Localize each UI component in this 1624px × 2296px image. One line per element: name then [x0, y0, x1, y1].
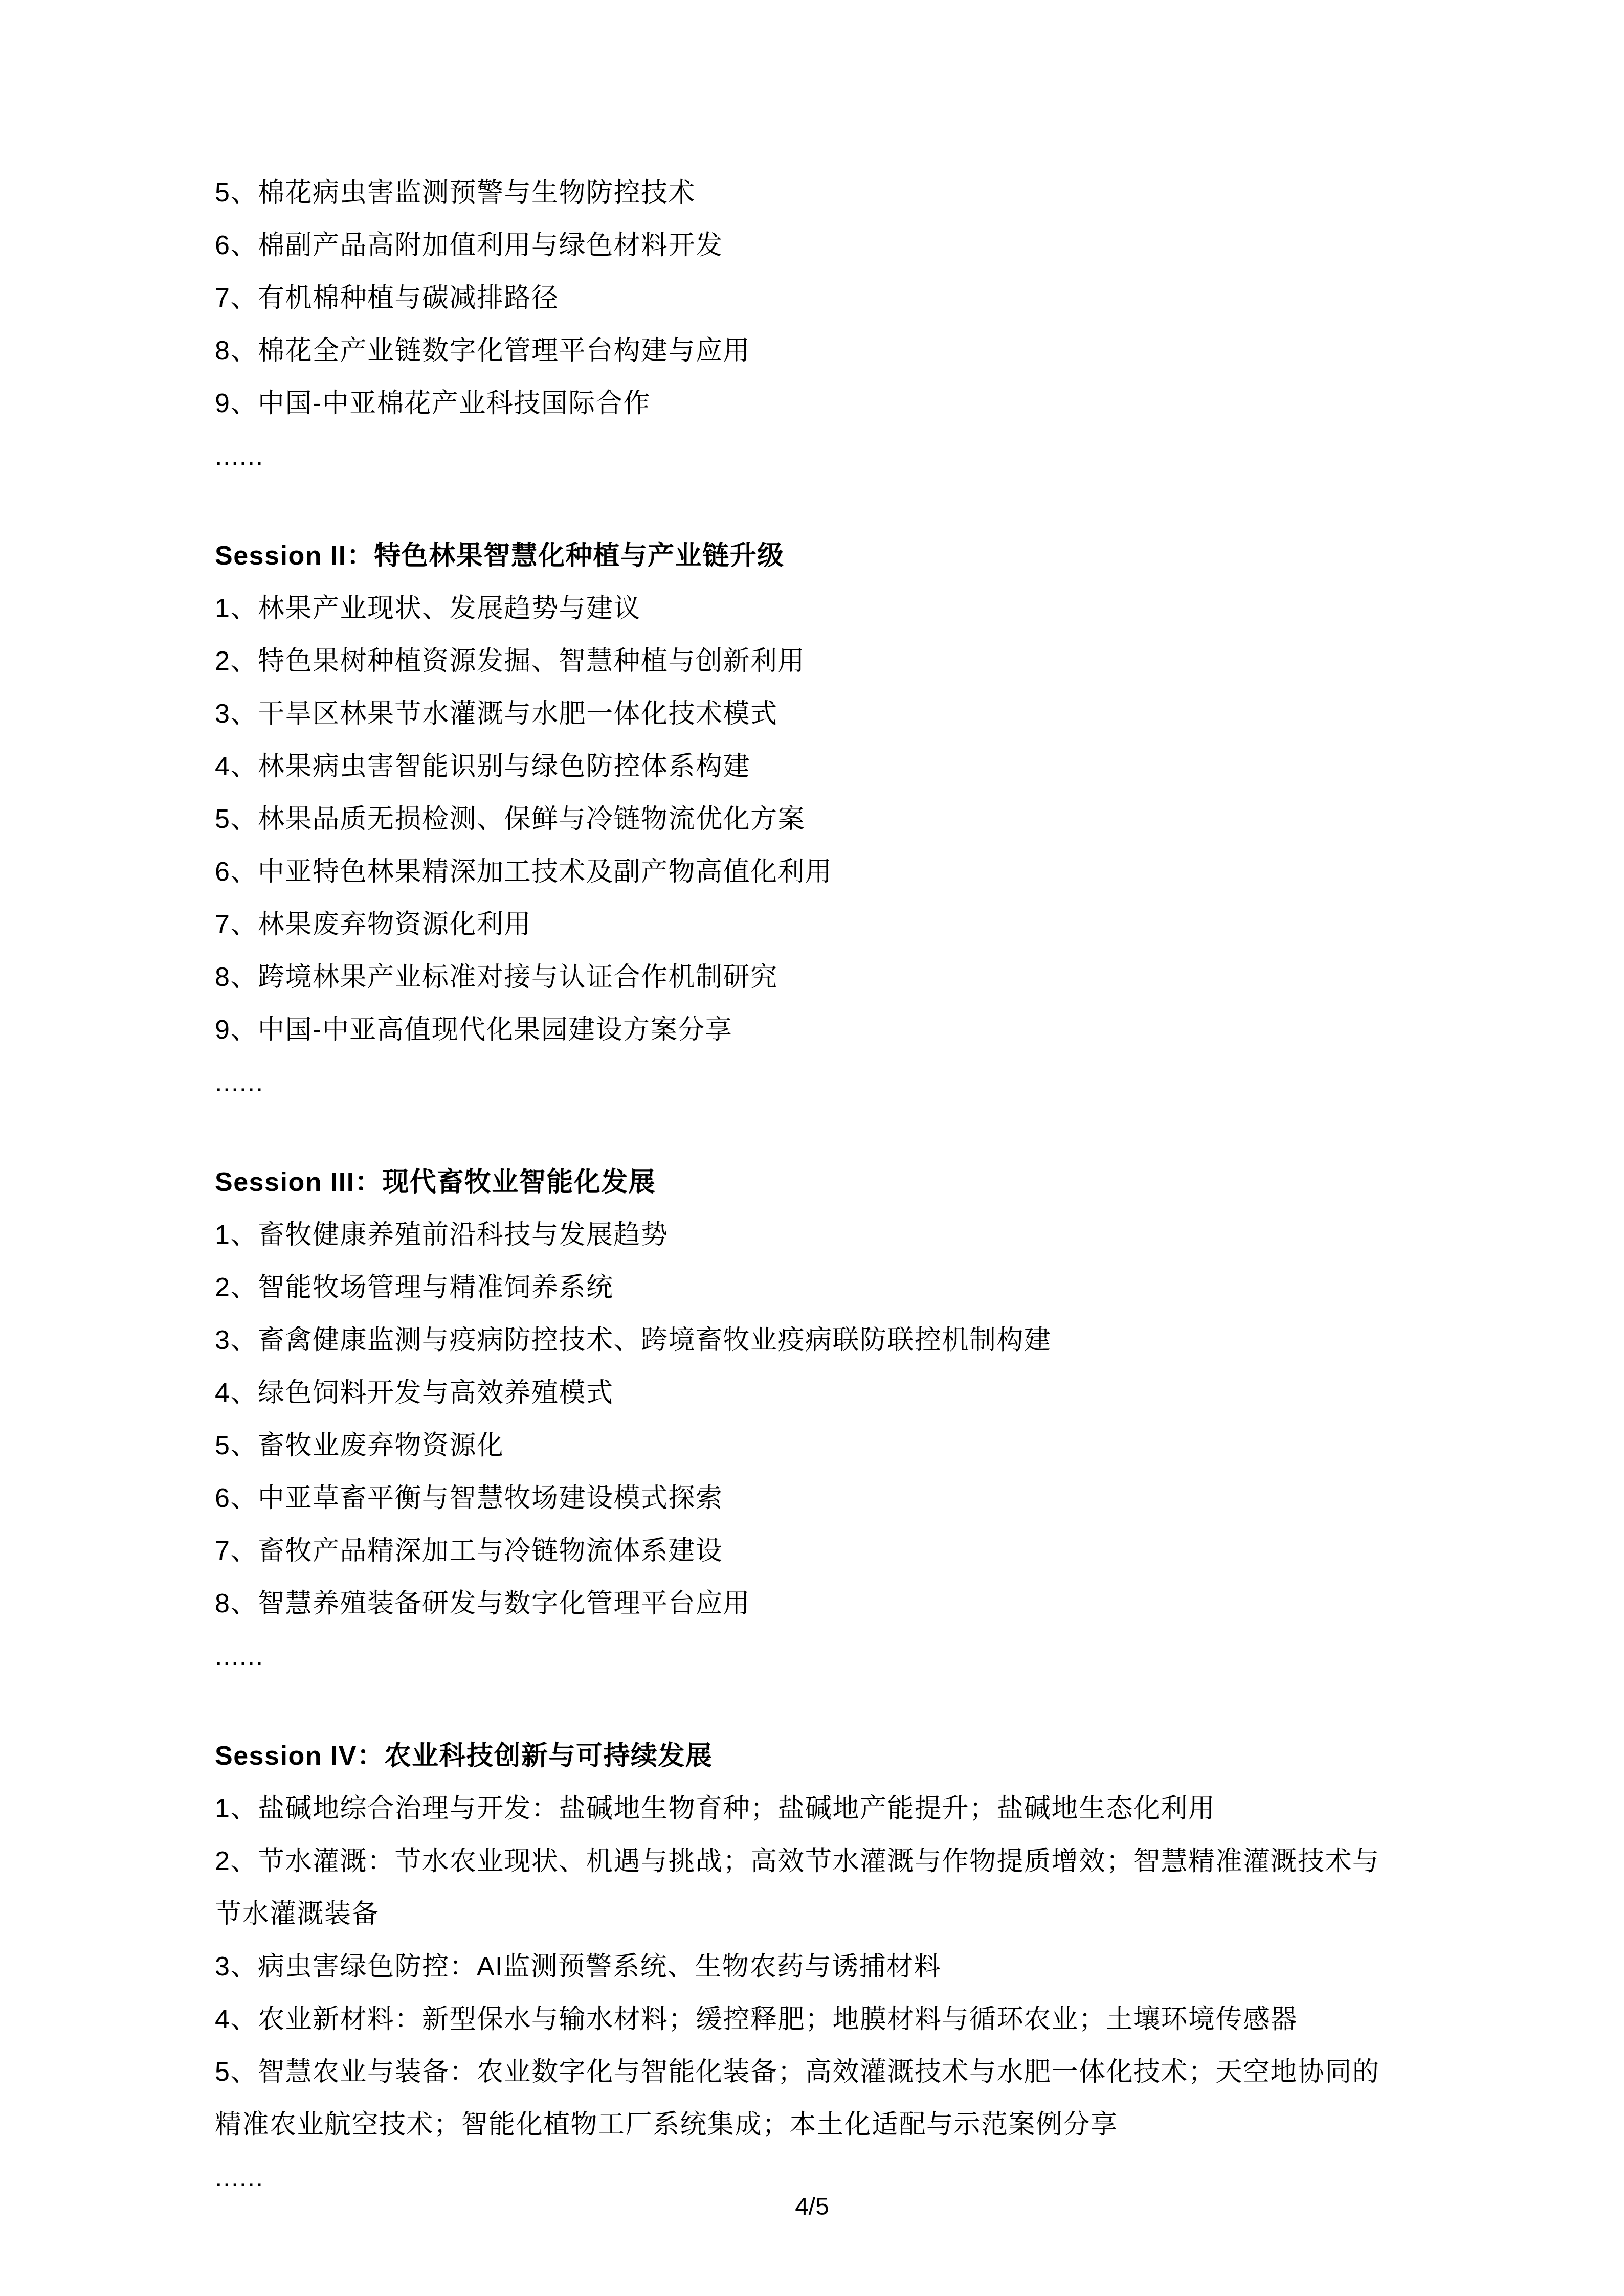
- agenda-item: 5、智慧农业与装备：农业数字化与智能化装备；高效灌溉技术与水肥一体化技术；天空地…: [215, 2046, 1440, 2151]
- session-heading: Session IV：农业科技创新与可持续发展: [215, 1730, 1440, 1783]
- agenda-item: 6、中亚草畜平衡与智慧牧场建设模式探索: [215, 1472, 1440, 1525]
- ellipsis-line: ......: [215, 430, 1440, 483]
- agenda-item: 5、畜牧业废弃物资源化: [215, 1420, 1440, 1472]
- agenda-item: 7、林果废弃物资源化利用: [215, 898, 1440, 951]
- section-gap: [215, 1683, 1440, 1730]
- agenda-item: 4、农业新材料：新型保水与输水材料；缓控释肥；地膜材料与循环农业；土壤环境传感器: [215, 1993, 1440, 2046]
- ellipsis-line: ......: [215, 1630, 1440, 1683]
- page-number: 4/5: [0, 2193, 1624, 2221]
- session-heading: Session II：特色林果智慧化种植与产业链升级: [215, 530, 1440, 582]
- agenda-item: 1、盐碱地综合治理与开发：盐碱地生物育种；盐碱地产能提升；盐碱地生态化利用: [215, 1783, 1440, 1835]
- agenda-item: 2、智能牧场管理与精准饲养系统: [215, 1262, 1440, 1314]
- agenda-item: 4、林果病虫害智能识别与绿色防控体系构建: [215, 740, 1440, 793]
- agenda-item: 7、畜牧产品精深加工与冷链物流体系建设: [215, 1525, 1440, 1578]
- agenda-item: 4、绿色饲料开发与高效养殖模式: [215, 1367, 1440, 1420]
- document-page: 5、棉花病虫害监测预警与生物防控技术6、棉副产品高附加值利用与绿色材料开发7、有…: [0, 0, 1624, 2296]
- agenda-item: 1、畜牧健康养殖前沿科技与发展趋势: [215, 1209, 1440, 1262]
- agenda-item: 6、棉副产品高附加值利用与绿色材料开发: [215, 219, 1440, 272]
- agenda-item: 9、中国-中亚棉花产业科技国际合作: [215, 377, 1440, 430]
- agenda-item: 3、干旱区林果节水灌溉与水肥一体化技术模式: [215, 688, 1440, 740]
- agenda-item: 8、跨境林果产业标准对接与认证合作机制研究: [215, 951, 1440, 1004]
- session-heading: Session III：现代畜牧业智能化发展: [215, 1156, 1440, 1209]
- section-gap: [215, 1109, 1440, 1156]
- agenda-item: 2、节水灌溉：节水农业现状、机遇与挑战；高效节水灌溉与作物提质增效；智慧精准灌溉…: [215, 1835, 1440, 1941]
- agenda-item: 5、棉花病虫害监测预警与生物防控技术: [215, 167, 1440, 219]
- agenda-item: 1、林果产业现状、发展趋势与建议: [215, 582, 1440, 635]
- agenda-item: 9、中国-中亚高值现代化果园建设方案分享: [215, 1004, 1440, 1056]
- agenda-item: 2、特色果树种植资源发掘、智慧种植与创新利用: [215, 635, 1440, 688]
- agenda-item: 3、畜禽健康监测与疫病防控技术、跨境畜牧业疫病联防联控机制构建: [215, 1314, 1440, 1367]
- section-gap: [215, 483, 1440, 530]
- agenda-item: 6、中亚特色林果精深加工技术及副产物高值化利用: [215, 846, 1440, 898]
- agenda-item: 5、林果品质无损检测、保鲜与冷链物流优化方案: [215, 793, 1440, 846]
- document-content: 5、棉花病虫害监测预警与生物防控技术6、棉副产品高附加值利用与绿色材料开发7、有…: [0, 0, 1624, 2204]
- ellipsis-line: ......: [215, 1056, 1440, 1109]
- agenda-item: 8、棉花全产业链数字化管理平台构建与应用: [215, 325, 1440, 377]
- agenda-item: 8、智慧养殖装备研发与数字化管理平台应用: [215, 1578, 1440, 1630]
- agenda-item: 3、病虫害绿色防控：AI监测预警系统、生物农药与诱捕材料: [215, 1941, 1440, 1993]
- agenda-item: 7、有机棉种植与碳减排路径: [215, 272, 1440, 325]
